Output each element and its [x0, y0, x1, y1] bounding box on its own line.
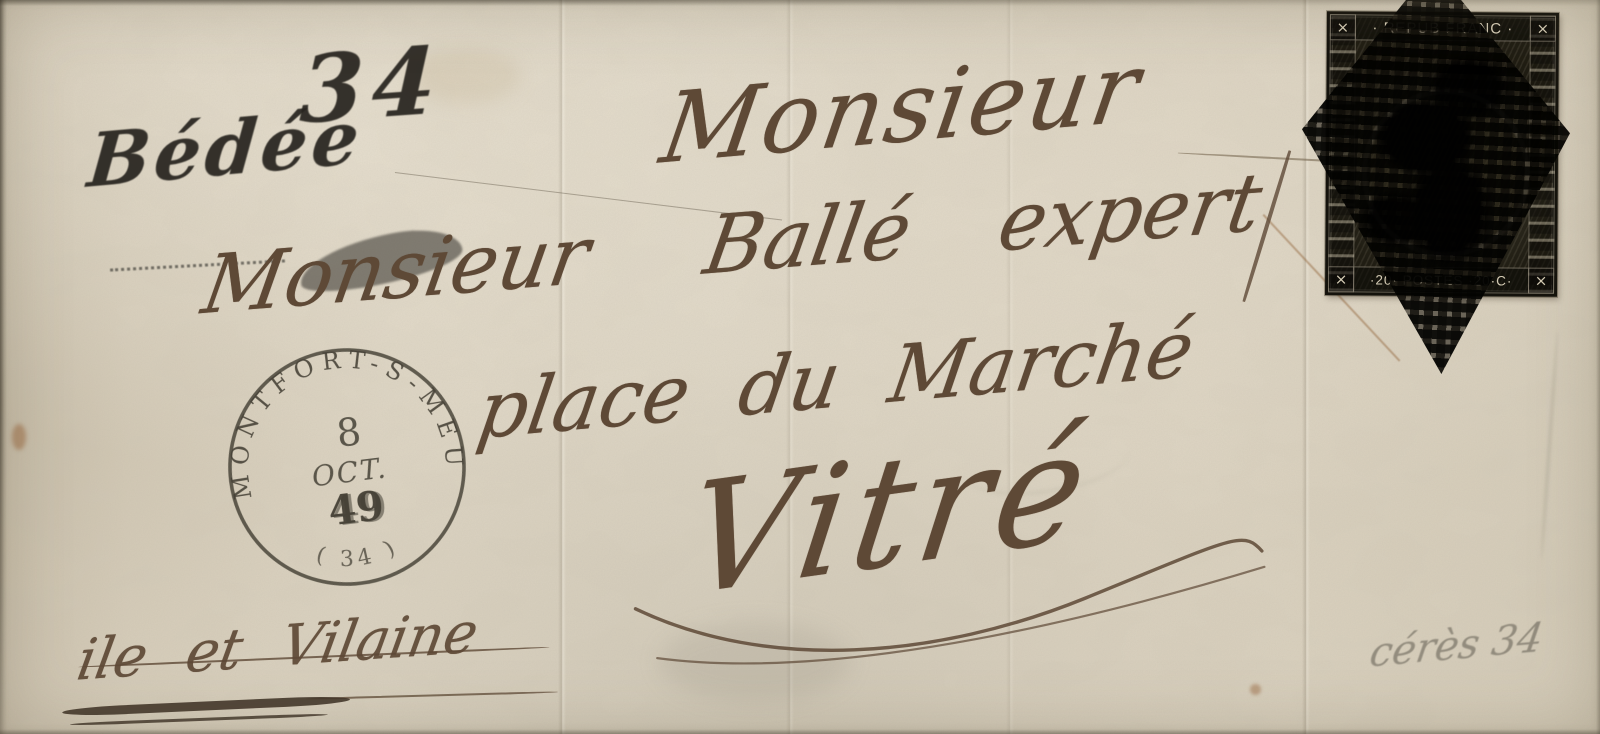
rust-stain: [1250, 684, 1261, 695]
stamp-bottom-label-text: ·20· POSTES ·20·C·: [1370, 272, 1513, 288]
addressee-profession: expert: [992, 155, 1268, 270]
pen-flourish-stroke: [306, 691, 558, 700]
stamp-bottom-label: ·20· POSTES ·20·C·: [1353, 266, 1529, 293]
corner-cross-glyph: ×: [1537, 20, 1550, 38]
cds-department-arc-text: ( 34 ): [311, 533, 405, 578]
addressee-name: Ballé: [698, 182, 918, 293]
corner-cross-glyph: ×: [1337, 18, 1350, 36]
address-line-2: MonsieurBalléexpert: [196, 155, 1268, 333]
paper-edge-bottom: [0, 729, 1600, 734]
stamp-corner-cross: ×: [1328, 266, 1354, 292]
city-underline-flourish: [614, 537, 1278, 700]
origin-cursive-marking: Bédée: [84, 94, 366, 205]
stamp-left-ornament-band: [1328, 14, 1356, 292]
department-line: ile et Vilaine: [72, 600, 483, 694]
letter-cover-scan: 34 Bédée MONTFORT-S-MEU ( 34 ) 8 OCT. 49…: [0, 0, 1600, 734]
pen-flourish-heavy-stroke: [62, 695, 350, 717]
stamp-corner-cross: ×: [1530, 16, 1556, 42]
stamp-engraved-medallion: [1330, 16, 1554, 292]
vertical-fold-crease: [1302, 0, 1310, 734]
show-through-mark: [1540, 330, 1559, 560]
department-text: ile et Vilaine: [72, 600, 483, 694]
paper-edge-top: [0, 0, 1600, 6]
addressee-title: Monsieur: [196, 208, 596, 333]
paper-edge-right: [1596, 0, 1600, 734]
circular-datestamp: MONTFORT-S-MEU ( 34 ) 8 OCT. 49 49: [205, 325, 488, 608]
rust-stain: [12, 424, 26, 450]
origin-cursive-text: Bédée: [84, 94, 366, 205]
salutation-text: Monsieur: [654, 30, 1149, 186]
stamp-corner-cross: ×: [1528, 268, 1554, 294]
ceres-20c-stamp: · REPUB FRANC · ·20· POSTES ·20·C· × × ×…: [1325, 11, 1559, 297]
address-salutation: Monsieur: [654, 30, 1149, 186]
pencil-note: cérès 34: [1367, 615, 1547, 677]
stamp-top-label: · REPUB FRANC ·: [1355, 14, 1531, 41]
cds-year-doublestrike: 49: [329, 483, 390, 536]
cds-day: 8: [334, 409, 363, 456]
stamp-top-label-text: · REPUB FRANC ·: [1372, 19, 1513, 37]
svg-text:( 34 ): ( 34 ): [311, 533, 405, 578]
stamp-right-ornament-band: [1528, 16, 1556, 294]
corner-cross-glyph: ×: [1335, 270, 1348, 288]
pencil-note-text: cérès 34: [1367, 615, 1547, 677]
corner-cross-glyph: ×: [1535, 272, 1548, 290]
paper-edge-left: [0, 0, 7, 734]
stamp-corner-cross: ×: [1330, 14, 1356, 40]
pen-flourish-stroke: [70, 713, 328, 726]
